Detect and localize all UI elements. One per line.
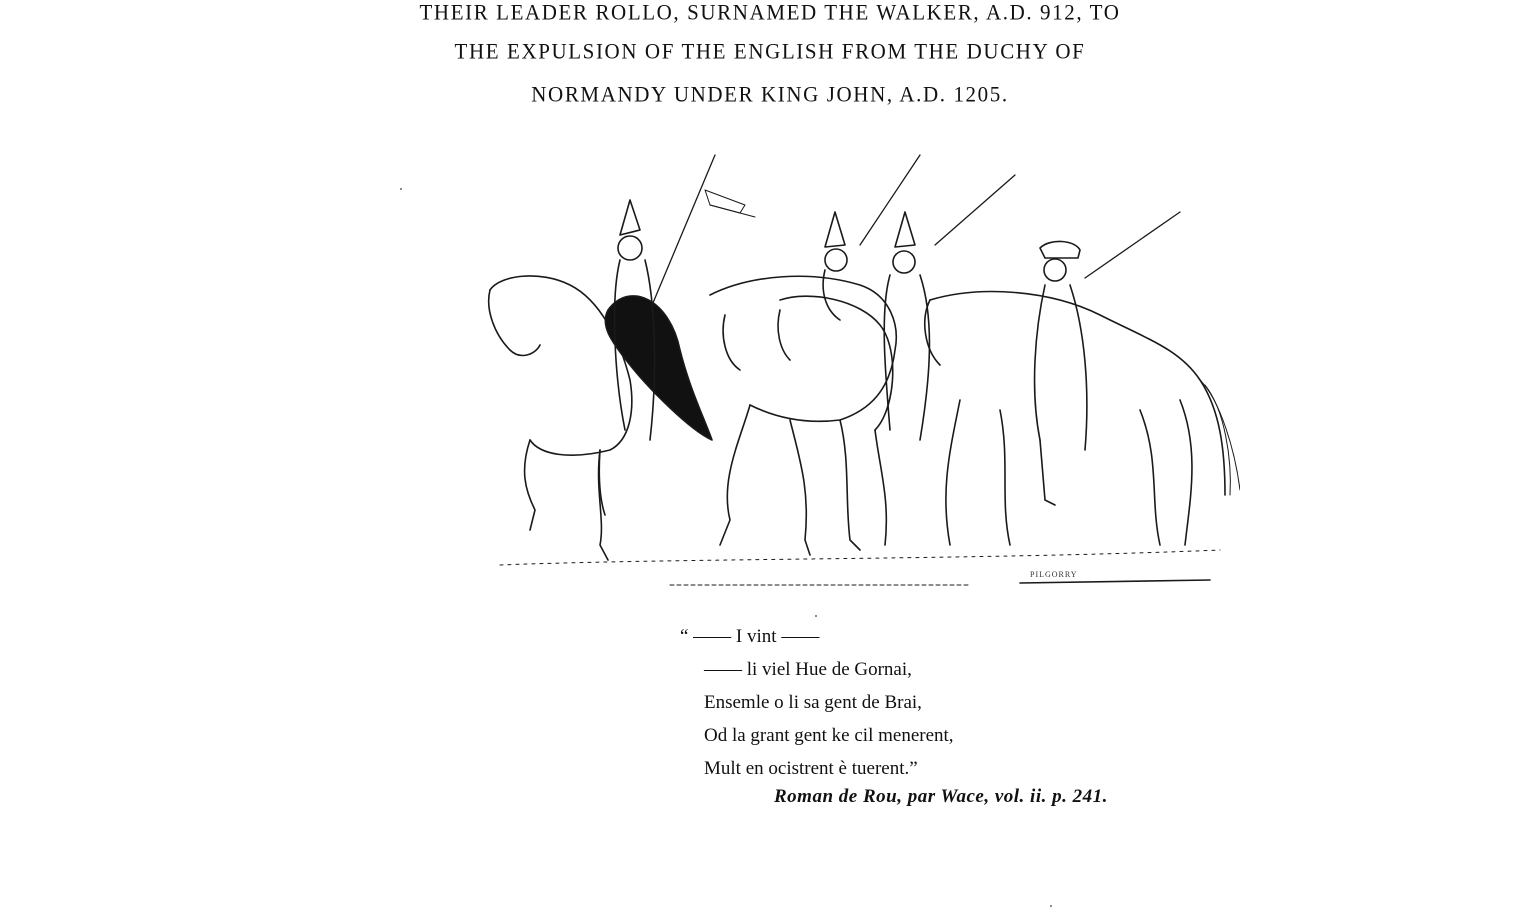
- ground-line: [500, 550, 1220, 585]
- middle-horses: [710, 276, 896, 555]
- title-line-1: THEIR LEADER ROLLO, SURNAMED THE WALKER,…: [0, 0, 1540, 26]
- verse-quotation: “ —— I vint —— —— li viel Hue de Gornai,…: [680, 620, 954, 785]
- title-line-2: THE EXPULSION OF THE ENGLISH FROM THE DU…: [0, 38, 1540, 64]
- verse-line-4: Od la grant gent ke cil menerent,: [680, 719, 954, 752]
- knights-engraving-illustration: [480, 150, 1240, 595]
- verse-line-2: —— li viel Hue de Gornai,: [680, 653, 954, 686]
- scan-speck: [815, 615, 817, 617]
- engraver-signature: PILGORRY: [1030, 570, 1078, 579]
- scan-speck: [400, 188, 402, 190]
- verse-line-1: “ —— I vint ——: [680, 620, 954, 653]
- verse-line-3: Ensemle o li sa gent de Brai,: [680, 686, 954, 719]
- rider-4: [1035, 241, 1087, 505]
- title-line-3: NORMANDY UNDER KING JOHN, A.D. 1205.: [0, 81, 1540, 107]
- scan-speck: [1050, 905, 1052, 907]
- verse-line-5: Mult en ocistrent è tuerent.”: [680, 752, 954, 785]
- knights-2-3: [823, 212, 929, 440]
- verse-attribution: Roman de Rou, par Wace, vol. ii. p. 241.: [774, 786, 1108, 808]
- kite-shield: [605, 296, 712, 440]
- right-horse: [925, 292, 1240, 545]
